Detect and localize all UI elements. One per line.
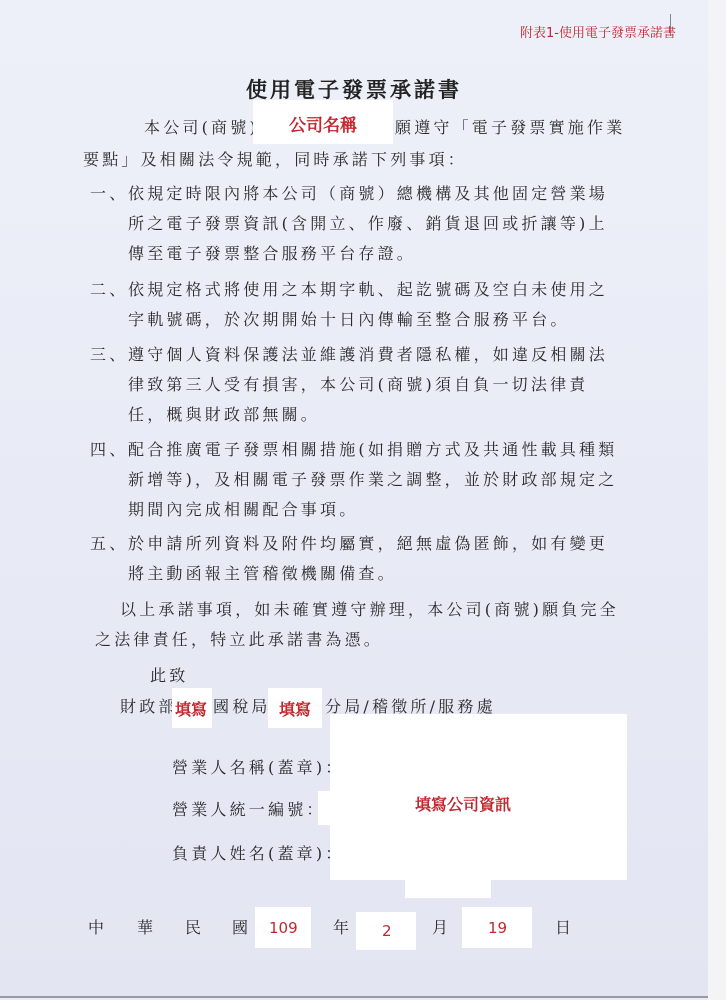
item-2-num: 二、 [90, 280, 128, 300]
date-char-guo: 國 [232, 918, 251, 938]
branch-office-field[interactable]: 填寫 [268, 688, 322, 728]
year-field[interactable]: 109 [255, 907, 311, 948]
item-3-line: 任，概與財政部無關。 [128, 405, 320, 425]
owner-name-label: 負責人姓名(蓋章)： [172, 844, 345, 864]
month-field[interactable]: 2 [356, 912, 416, 950]
page-edge [708, 0, 726, 1000]
year-value: 109 [269, 919, 298, 937]
day-field[interactable]: 19 [462, 907, 532, 948]
item-1-line: 所之電子發票資訊(含開立、作廢、銷貨退回或折讓等)上 [128, 214, 608, 234]
company-info-field-ext [318, 791, 332, 825]
closing-line1: 以上承諾事項，如未確實遵守辦理，本公司(商號)願負完全 [120, 600, 619, 620]
year-label: 年 [333, 918, 352, 938]
document-page: 附表1-使用電子發票承諾書 使用電子發票承諾書 本公司(商號) 公司名稱 願遵守… [0, 0, 708, 998]
intro-prefix: 本公司(商號) [144, 118, 259, 138]
item-4-num: 四、 [90, 440, 128, 460]
salutation: 此致 [150, 666, 188, 686]
company-info-field-tab [405, 878, 491, 898]
item-1-line: 傳至電子發票整合服務平台存證。 [128, 244, 416, 264]
recipient-middle: 國稅局 [213, 697, 271, 717]
item-1-num: 一、 [90, 184, 128, 204]
day-label: 日 [555, 918, 574, 938]
tax-bureau-value: 填寫 [175, 697, 207, 720]
date-char-min: 民 [185, 918, 204, 938]
item-3-line: 律致第三人受有損害，本公司(商號)須自負一切法律責 [128, 375, 589, 395]
business-name-label: 營業人名稱(蓋章)： [172, 758, 345, 778]
company-info-field[interactable]: 填寫公司資訊 [330, 714, 627, 880]
item-5-num: 五、 [90, 534, 128, 554]
month-value: 2 [382, 922, 392, 940]
tax-bureau-field[interactable]: 填寫 [172, 688, 212, 728]
branch-office-value: 填寫 [279, 697, 311, 720]
item-3-line: 遵守個人資料保護法並維護消費者隱私權，如違反相關法 [128, 345, 608, 365]
item-4-line: 配合推廣電子發票相關措施(如捐贈方式及共通性載具種類 [128, 440, 617, 460]
day-value: 19 [488, 919, 507, 937]
recipient-prefix: 財政部 [120, 697, 178, 717]
annex-tag: 附表1-使用電子發票承諾書 [520, 22, 676, 41]
company-name-value: 公司名稱 [289, 111, 357, 136]
item-1-line: 依規定時限內將本公司（商號）總機構及其他固定營業場 [128, 184, 608, 204]
company-name-field[interactable]: 公司名稱 [253, 100, 393, 144]
date-char-zhong: 中 [88, 918, 107, 938]
item-5-line: 將主動函報主管稽徵機關備查。 [128, 564, 397, 584]
intro-line2: 要點」及相關法令規範，同時承諾下列事項： [83, 150, 467, 170]
item-5-line: 於申請所列資料及附件均屬實，絕無虛偽匿飾，如有變更 [128, 534, 608, 554]
company-info-value: 填寫公司資訊 [415, 792, 511, 815]
item-2-line: 依規定格式將使用之本期字軌、起訖號碼及空白未使用之 [128, 280, 608, 300]
item-4-line: 期間內完成相關配合事項。 [128, 500, 358, 520]
business-id-label: 營業人統一編號： [172, 800, 326, 820]
item-4-line: 新增等)，及相關電子發票作業之調整，並於財政部規定之 [128, 470, 617, 490]
intro-suffix: 願遵守「電子發票實施作業 [395, 118, 625, 138]
item-3-num: 三、 [90, 345, 128, 365]
month-label: 月 [432, 918, 451, 938]
closing-line2: 之法律責任，特立此承諾書為憑。 [95, 630, 383, 650]
date-char-hua: 華 [137, 918, 156, 938]
item-2-line: 字軌號碼，於次期開始十日內傳輸至整合服務平台。 [128, 310, 570, 330]
